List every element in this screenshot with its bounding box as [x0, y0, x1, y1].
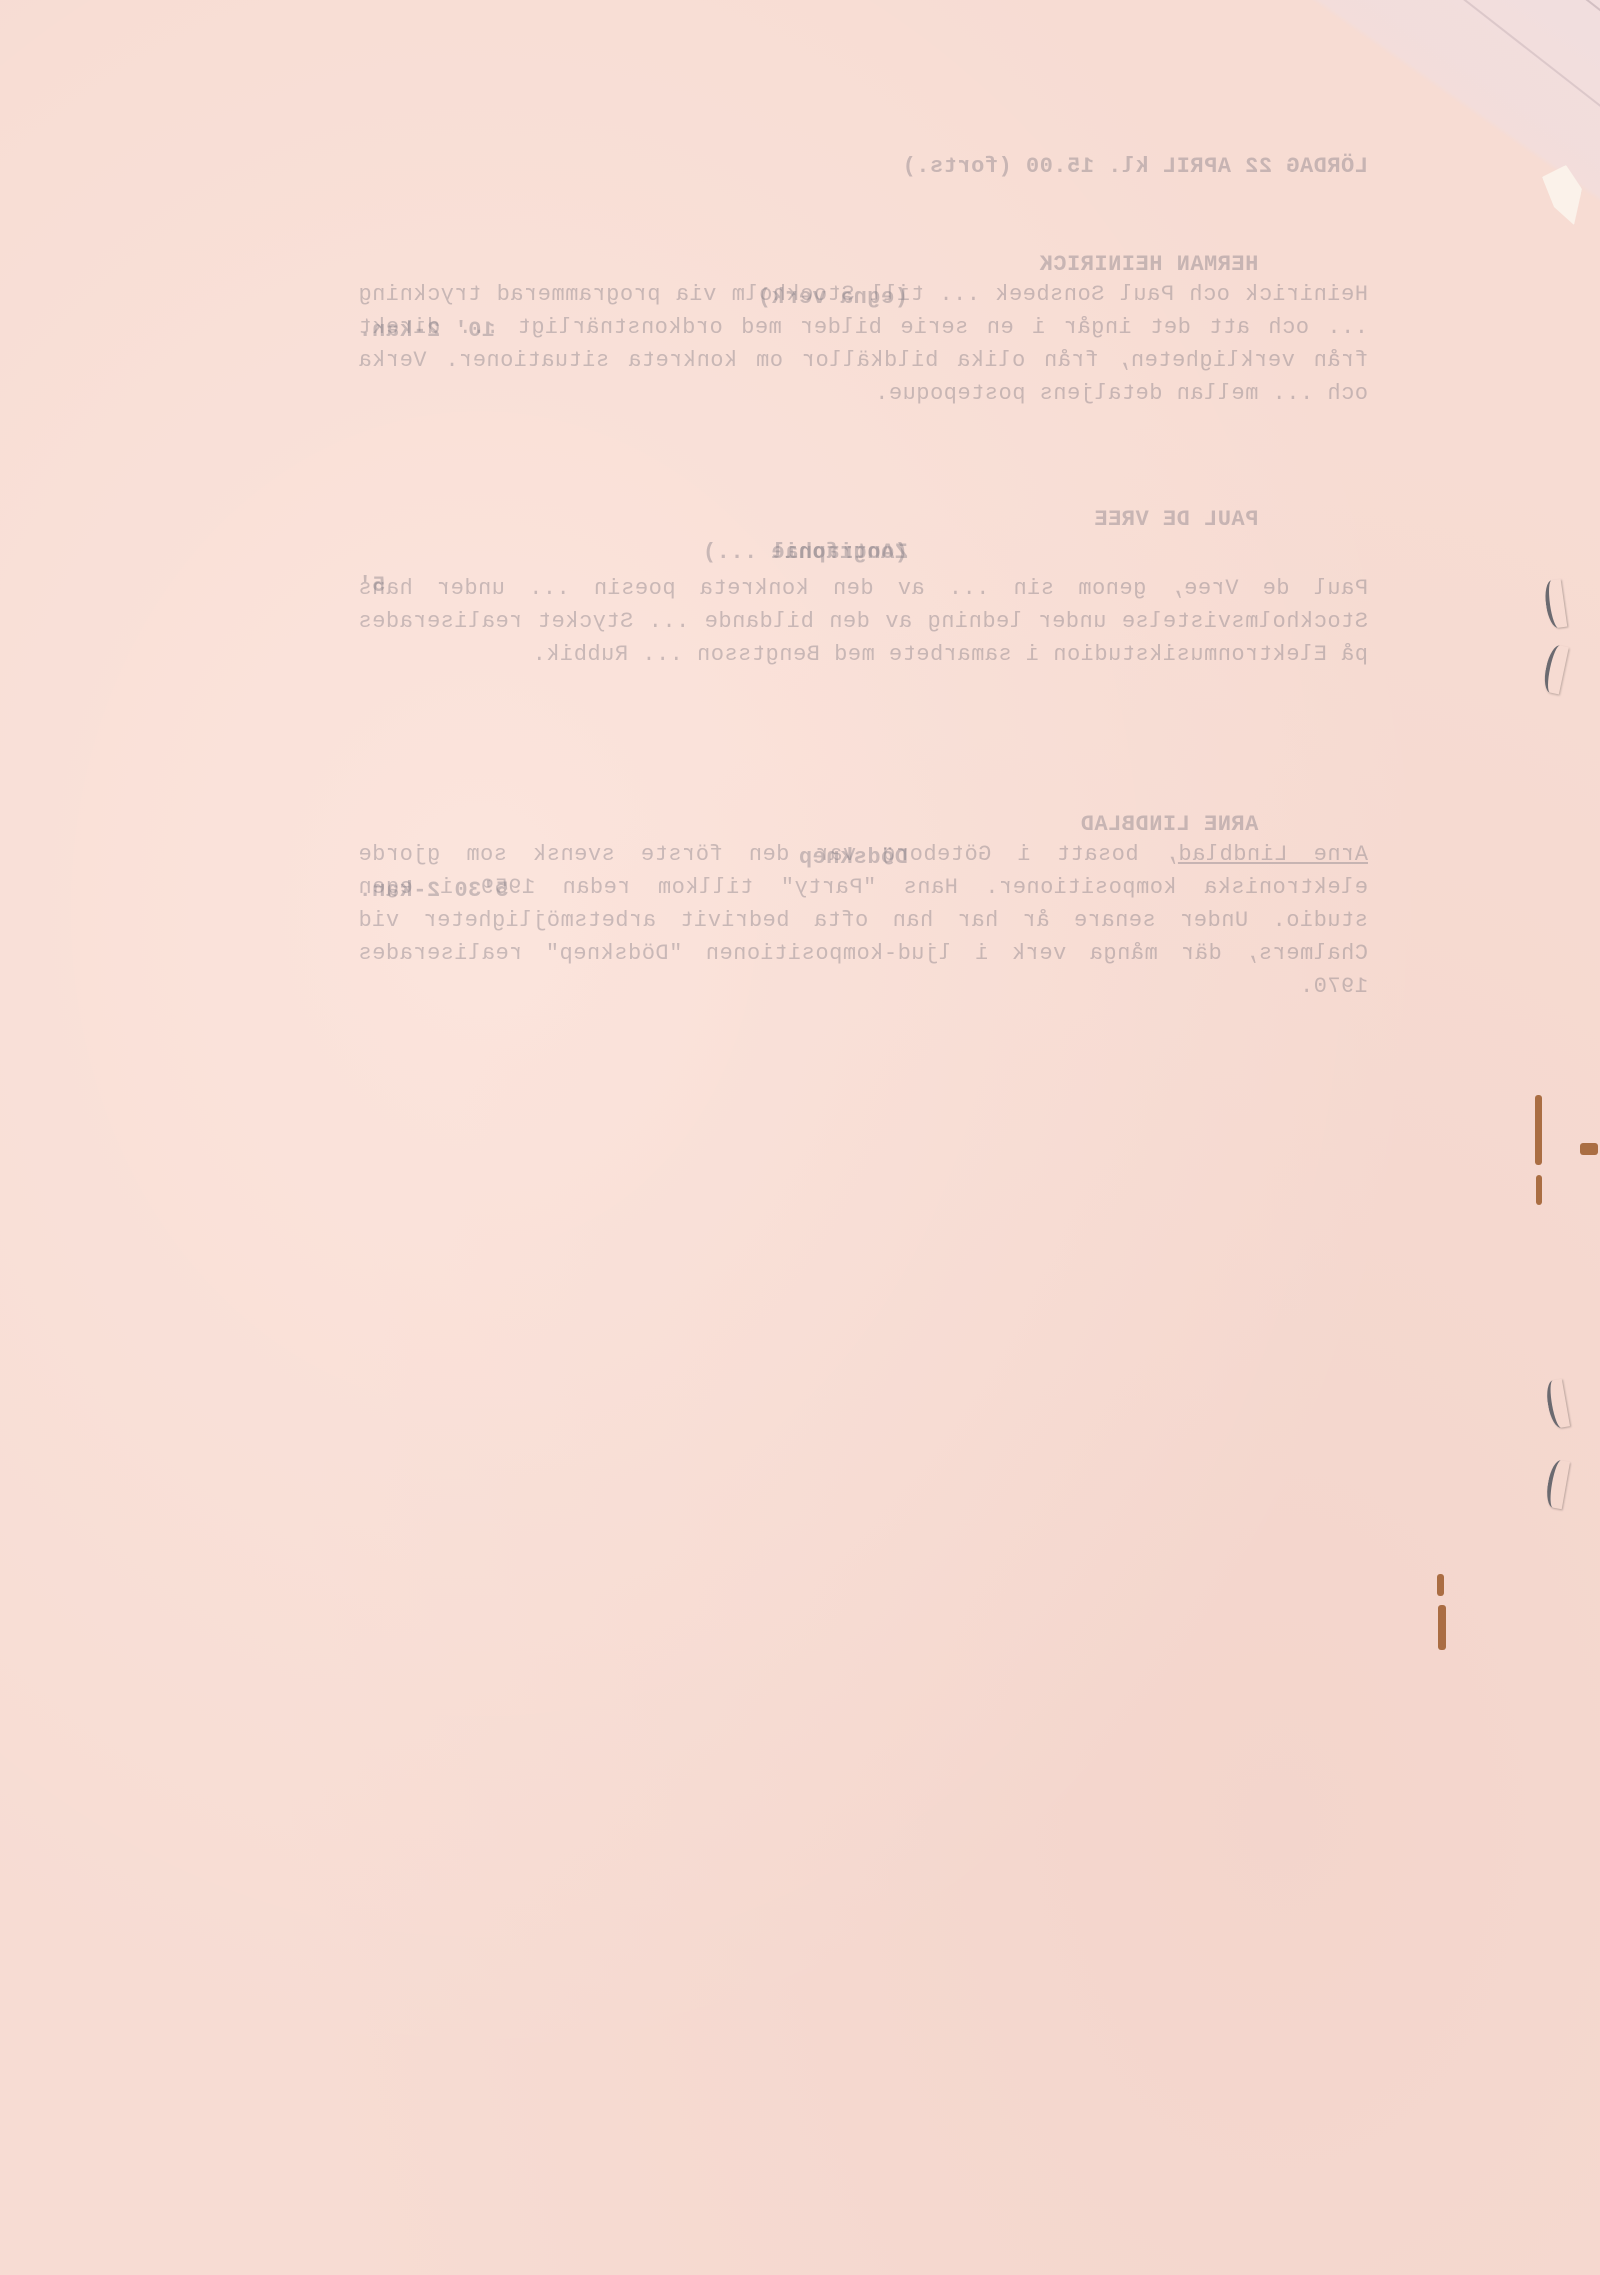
entry-heading: HERMAN HEINIRICK (egna verk) 10' 2-kan. — [358, 215, 1368, 248]
entry-heading: ARNE LINDBLAD Dödsknep 5'30 2-kan. — [358, 775, 1368, 808]
rust-stain — [1438, 1605, 1446, 1650]
work-title: Dödsknep — [798, 841, 908, 874]
duration: 10' 2-kan. — [358, 314, 495, 347]
rust-stain — [1536, 1175, 1542, 1205]
entry-heading: PAUL DE VREE Zoographie 5' — [358, 470, 1368, 503]
entry-2: PAUL DE VREE Zoographie 5' (Antifonal ..… — [358, 470, 1368, 671]
composer: ARNE LINDBLAD — [1080, 812, 1258, 837]
duration: 5' — [358, 569, 385, 602]
rust-stain — [1437, 1574, 1444, 1596]
rust-stain — [1535, 1095, 1542, 1165]
entry-1: HERMAN HEINIRICK (egna verk) 10' 2-kan. … — [358, 215, 1368, 410]
entry-description: Paul de Vree, genom sin ... av den konkr… — [358, 572, 1368, 671]
header-line: LÖRDAG 22 APRIL kl. 15.00 (forts.) — [358, 150, 1368, 183]
work-note-line: (Antifonal ...) — [358, 503, 1368, 536]
rust-stain — [1580, 1143, 1598, 1155]
entry-3: ARNE LINDBLAD Dödsknep 5'30 2-kan. Arne … — [358, 775, 1368, 1003]
duration: 5'30 2-kan. — [358, 874, 509, 907]
work-title: (egna verk) — [757, 281, 908, 314]
show-through-text: LÖRDAG 22 APRIL kl. 15.00 (forts.) HERMA… — [0, 0, 1600, 2275]
work-note: (Antifonal ...) — [702, 536, 908, 569]
composer: HERMAN HEINIRICK — [1039, 252, 1258, 277]
schedule-header: LÖRDAG 22 APRIL kl. 15.00 (forts.) — [358, 150, 1368, 183]
document-page: LÖRDAG 22 APRIL kl. 15.00 (forts.) HERMA… — [0, 0, 1600, 2275]
